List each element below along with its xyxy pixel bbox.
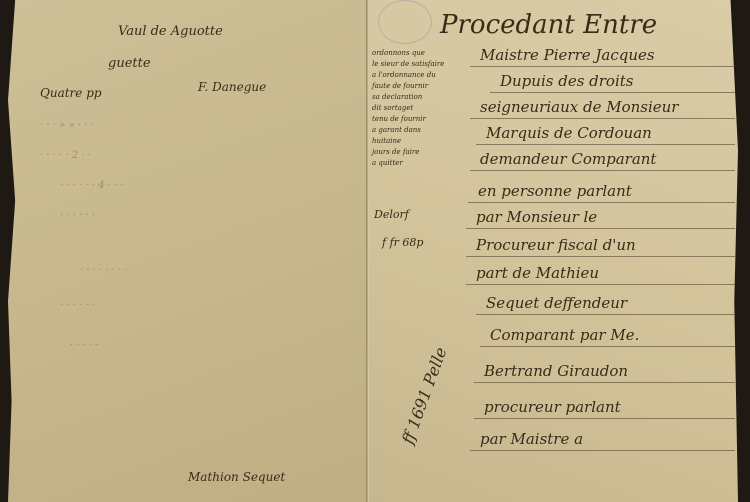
ruled-line bbox=[476, 144, 735, 145]
faint-line: · · · · · · 4 · · · bbox=[60, 180, 124, 191]
ruled-line bbox=[470, 66, 735, 67]
stamp-seal bbox=[378, 0, 432, 44]
signature: Mathion Sequet bbox=[188, 470, 285, 484]
handwritten-line: F. Danegue bbox=[198, 80, 266, 94]
margin-notes: ordonnons quele sieur de satisfairea l'o… bbox=[372, 48, 444, 169]
margin-note-line: a l'ordonnance du bbox=[372, 70, 444, 81]
handwritten-line: guette bbox=[108, 56, 151, 71]
margin-note-line: jours de faire bbox=[372, 147, 444, 158]
ruled-line bbox=[468, 202, 735, 203]
handwritten-line: en personne parlant bbox=[478, 182, 632, 200]
margin-mark: f fr 68p bbox=[382, 236, 423, 249]
handwritten-line: part de Mathieu bbox=[476, 264, 599, 282]
left-page bbox=[8, 0, 366, 502]
faint-line: · · · · · · bbox=[60, 210, 95, 221]
handwritten-line: Quatre pp bbox=[40, 86, 102, 100]
page-fold bbox=[366, 0, 369, 502]
ruled-line bbox=[470, 170, 735, 171]
handwritten-line: demandeur Comparant bbox=[480, 150, 656, 168]
handwritten-line: Bertrand Giraudon bbox=[484, 362, 628, 380]
ruled-line bbox=[474, 382, 735, 383]
handwritten-line: Procureur fiscal d'un bbox=[476, 236, 636, 254]
handwritten-line: Marquis de Cordouan bbox=[486, 124, 652, 142]
handwritten-line: par Maistre a bbox=[480, 430, 583, 448]
margin-mark: Delorf bbox=[374, 208, 409, 221]
faint-line: · · · · · 2 · · bbox=[40, 150, 91, 161]
ruled-line bbox=[470, 118, 735, 119]
handwritten-line: par Monsieur le bbox=[476, 208, 597, 226]
ruled-line bbox=[474, 418, 735, 419]
faint-line: · · · · · · · · bbox=[80, 265, 128, 276]
faint-line: · · · · · bbox=[70, 340, 99, 351]
faint-line: · · · · · · bbox=[60, 300, 95, 311]
margin-note-line: tenu de fournir bbox=[372, 114, 444, 125]
faint-line: · · · » » · · · bbox=[40, 120, 94, 131]
margin-note-line: ordonnons que bbox=[372, 48, 444, 59]
ruled-line bbox=[490, 92, 735, 93]
handwritten-line: Comparant par Me. bbox=[490, 326, 639, 344]
ruled-line bbox=[476, 314, 735, 315]
margin-note-line: a garant dans bbox=[372, 125, 444, 136]
ruled-line bbox=[466, 284, 735, 285]
handwritten-line: Vaul de Aguotte bbox=[118, 24, 223, 39]
ruled-line bbox=[466, 228, 735, 229]
handwritten-line: Sequet deffendeur bbox=[486, 294, 627, 312]
ruled-line bbox=[470, 450, 735, 451]
margin-note-line: dit sortaget bbox=[372, 103, 444, 114]
margin-note-line: faute de fournir bbox=[372, 81, 444, 92]
margin-note-line: sa declaration bbox=[372, 92, 444, 103]
handwritten-line: Dupuis des droits bbox=[500, 72, 633, 90]
handwritten-line: seigneuriaux de Monsieur bbox=[480, 98, 678, 116]
margin-note-line: huitaine bbox=[372, 136, 444, 147]
ruled-line bbox=[466, 256, 735, 257]
handwritten-line: Maistre Pierre Jacques bbox=[480, 46, 655, 64]
ruled-line bbox=[480, 346, 735, 347]
heading: Procedant Entre bbox=[440, 10, 657, 40]
margin-note-line: le sieur de satisfaire bbox=[372, 59, 444, 70]
margin-note-line: a quitter bbox=[372, 158, 444, 169]
handwritten-line: procureur parlant bbox=[484, 398, 621, 416]
